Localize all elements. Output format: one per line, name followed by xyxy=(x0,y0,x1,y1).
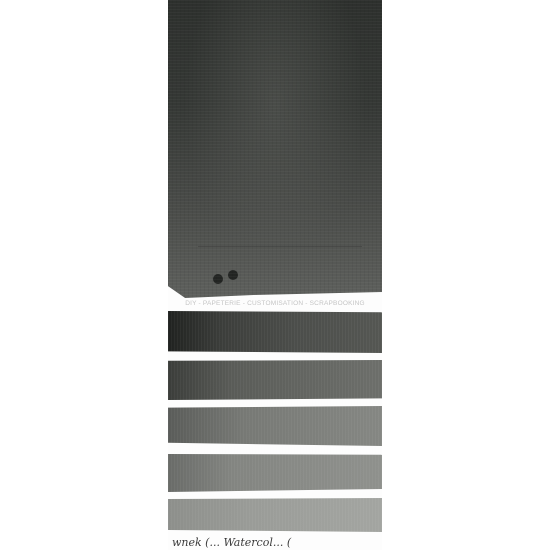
masstone-wash xyxy=(168,0,382,298)
dilution-stripe-4 xyxy=(168,454,382,492)
swatch-card: DIY - PAPETERIE - CUSTOMISATION - SCRAPB… xyxy=(168,0,382,550)
dilution-stripe-5 xyxy=(168,498,382,532)
pencil-guide-line xyxy=(198,246,362,247)
handwritten-caption: wnek (... Watercol... ( xyxy=(172,536,382,550)
paint-blot xyxy=(228,270,238,280)
paint-blot xyxy=(213,274,223,284)
dilution-stripe-2 xyxy=(168,360,382,400)
watermark-text: DIY - PAPETERIE - CUSTOMISATION - SCRAPB… xyxy=(168,299,382,309)
dilution-stripe-3 xyxy=(168,406,382,446)
dilution-stripe-1 xyxy=(168,311,382,353)
